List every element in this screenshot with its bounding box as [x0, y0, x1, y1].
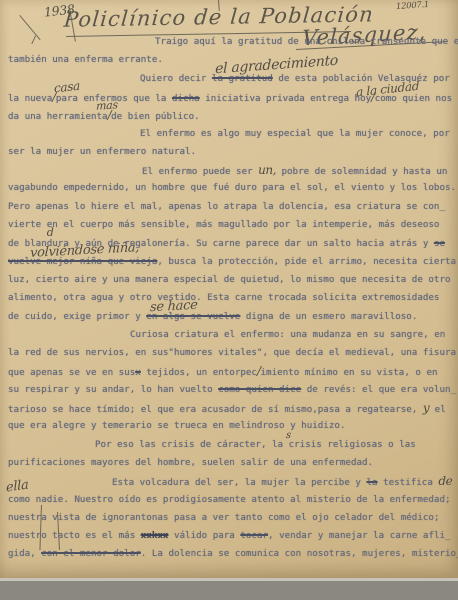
- typed-text: imiento mínimo en su vista, o en: [261, 367, 438, 378]
- typed-text: de blan: [8, 238, 47, 249]
- typed-text: , busca la protección, pide el arrimo, n…: [157, 256, 456, 267]
- typed-text: tarioso se hace tímido; el que era acusa…: [8, 404, 423, 415]
- typed-text: vagabundo empedernido, un hombre que fué…: [8, 182, 456, 193]
- typed-line: vagabundo empedernido, un hombre que fué…: [8, 182, 456, 194]
- typed-text: Esta volcadura del ser, la mujer la perc…: [112, 477, 366, 488]
- typed-text: vierte en el cuerpo más sensible, más ma…: [8, 219, 439, 230]
- typed-text: válido para: [168, 530, 240, 541]
- typed-line: Traigo aquí la gratitud de una chilena t…: [155, 36, 458, 48]
- typed-text: purificaciones mayores del hombre, suele…: [8, 457, 373, 468]
- struck-typed-text: en algo se vuelve: [146, 311, 240, 322]
- typed-text: Quiero decir: [140, 73, 212, 84]
- typed-text: El enfermo es algo muy especial que la m…: [140, 128, 450, 139]
- typed-text: alimento, otra agua y otro vestido. Esta…: [8, 292, 439, 303]
- typed-line: que apenas se ve en susx tejidos, un ent…: [8, 365, 438, 379]
- scanned-manuscript-page: 1938 12007.1 Policlínico de la Población…: [0, 0, 458, 600]
- struck-typed-text: con el menor dolor: [41, 548, 141, 559]
- typed-text: digna de un esmero maravilloso.: [240, 311, 417, 322]
- struck-typed-text: vuelve mejor niña que vieja: [8, 256, 157, 267]
- typed-text: el: [429, 404, 446, 415]
- typed-text: da una herramienta: [8, 111, 108, 122]
- typed-text: la red de sus nervios, en sus"humores vi…: [8, 347, 456, 358]
- typed-line: Curiosa criatura el enfermo: una mudanza…: [130, 329, 445, 341]
- typed-text: Pero apenas lo hiere el mal, apenas lo a…: [8, 201, 445, 212]
- typed-text: pobre de solemnidad y hasta un: [276, 166, 447, 177]
- typed-text: de revés: el que era volun_: [301, 384, 456, 395]
- struck-typed-text: dicha: [172, 93, 200, 104]
- typed-line: luz, cierto aire y una manera especial d…: [8, 274, 451, 286]
- handwritten-inline-correction: de: [438, 474, 452, 488]
- handwritten-inline-correction: un,: [258, 163, 276, 177]
- struck-typed-text: la: [366, 477, 377, 488]
- typed-text: Traigo aquí la gratitud de una chilena t…: [155, 36, 458, 47]
- typed-text: que apenas se ve en sus: [8, 367, 135, 378]
- typed-line: alimento, otra agua y otro vestido. Esta…: [8, 292, 439, 304]
- typed-text: de bien público.: [111, 111, 200, 122]
- typed-text: que era alegre y temerario se trueca en …: [8, 420, 345, 431]
- typed-line: la nueva/para enfermos que la dicha inic…: [8, 91, 452, 105]
- typed-line: Esta volcadura del ser, la mujer la perc…: [112, 475, 452, 489]
- struck-typed-text: la gratitud: [212, 73, 273, 84]
- typed-line: purificaciones mayores del hombre, suele…: [8, 457, 373, 469]
- typed-line: El enfermo puede ser un, pobre de solemn…: [142, 164, 447, 178]
- struck-typed-text: como quien dice: [218, 384, 301, 395]
- typed-line: gida, con el menor dolor. La dolencia se…: [8, 548, 458, 560]
- typed-text: tejidos, un entorpec: [141, 367, 257, 378]
- typed-text: dura y aún de regalonería. Su carne pare…: [47, 238, 434, 249]
- typed-line: la red de sus nervios, en sus"humores vi…: [8, 347, 456, 359]
- typed-text: ser la mujer un enfermero natural.: [8, 146, 196, 157]
- typed-line: da una herramienta/de bien público.: [8, 109, 200, 123]
- typed-text: la nueva: [8, 93, 52, 104]
- typed-line: de blanddura y aún de regalonería. Su ca…: [8, 237, 445, 250]
- typed-text: gida,: [8, 548, 41, 559]
- typed-line: Quiero decir la gratitud de esta poblaci…: [140, 73, 450, 85]
- typed-text: como nadie. Nuestro oído es prodigiosame…: [8, 494, 451, 505]
- typed-line: ser la mujer un enfermero natural.: [8, 146, 196, 158]
- typed-line: Por eso las crisis de cáracter, la crisi…: [95, 439, 416, 451]
- typed-text: . La dolencia se comunica con nosotras, …: [141, 548, 458, 559]
- typed-text: luz, cierto aire y una manera especial d…: [8, 274, 451, 285]
- typed-line: también una enferma errante.: [8, 54, 163, 66]
- struck-typed-text: xxkxx: [141, 530, 169, 541]
- typed-line: vierte en el cuerpo más sensible, más ma…: [8, 219, 439, 231]
- typed-line: El enfermo es algo muy especial que la m…: [140, 128, 450, 140]
- typed-text: nuestro tacto es el más: [8, 530, 141, 541]
- typed-text: Por eso las crisis de cáracter, la crisi…: [95, 439, 416, 450]
- typed-line: nuestro tacto es el más xxkxx válido par…: [8, 530, 451, 542]
- typed-line: de cuido, exige primor y en algo se vuel…: [8, 311, 417, 323]
- typed-line: nuestra vista de ignorantonas pasa a ver…: [8, 512, 439, 524]
- typed-text: también una enferma errante.: [8, 54, 163, 65]
- typed-text: como quien nos: [375, 93, 452, 104]
- typed-text: nuestra vista de ignorantonas pasa a ver…: [8, 512, 439, 523]
- typed-text: testifica: [378, 477, 439, 488]
- typed-text: para enfermos que la: [56, 93, 172, 104]
- typed-text: su respirar y su andar, lo han vuelto: [8, 384, 218, 395]
- typed-line: su respirar y su andar, lo han vuelto co…: [8, 384, 456, 396]
- typed-line: tarioso se hace tímido; el que era acusa…: [8, 402, 446, 416]
- typed-line: que era alegre y temerario se trueca en …: [8, 420, 345, 432]
- typed-text: , vendar y manejar la carne afli_: [268, 530, 451, 541]
- typed-line: como nadie. Nuestro oído es prodigiosame…: [8, 494, 451, 506]
- typed-text: Curiosa criatura el enfermo: una mudanza…: [130, 329, 445, 340]
- paper-bottom-edge: [0, 578, 458, 581]
- struck-typed-text: tocar: [240, 530, 268, 541]
- typed-text: de cuido, exige primor y: [8, 311, 146, 322]
- struck-typed-text: se: [434, 238, 445, 249]
- typed-line: Pero apenas lo hiere el mal, apenas lo a…: [8, 201, 445, 213]
- typed-text: El enfermo puede ser: [142, 166, 258, 177]
- typed-text: iniciativa privada entrega hoy: [200, 93, 371, 104]
- typed-text-layer: Traigo aquí la gratitud de una chilena t…: [0, 0, 458, 578]
- typed-text: de esta población Velasquéz por: [273, 73, 450, 84]
- typed-line: vuelve mejor niña que vieja, busca la pr…: [8, 256, 456, 268]
